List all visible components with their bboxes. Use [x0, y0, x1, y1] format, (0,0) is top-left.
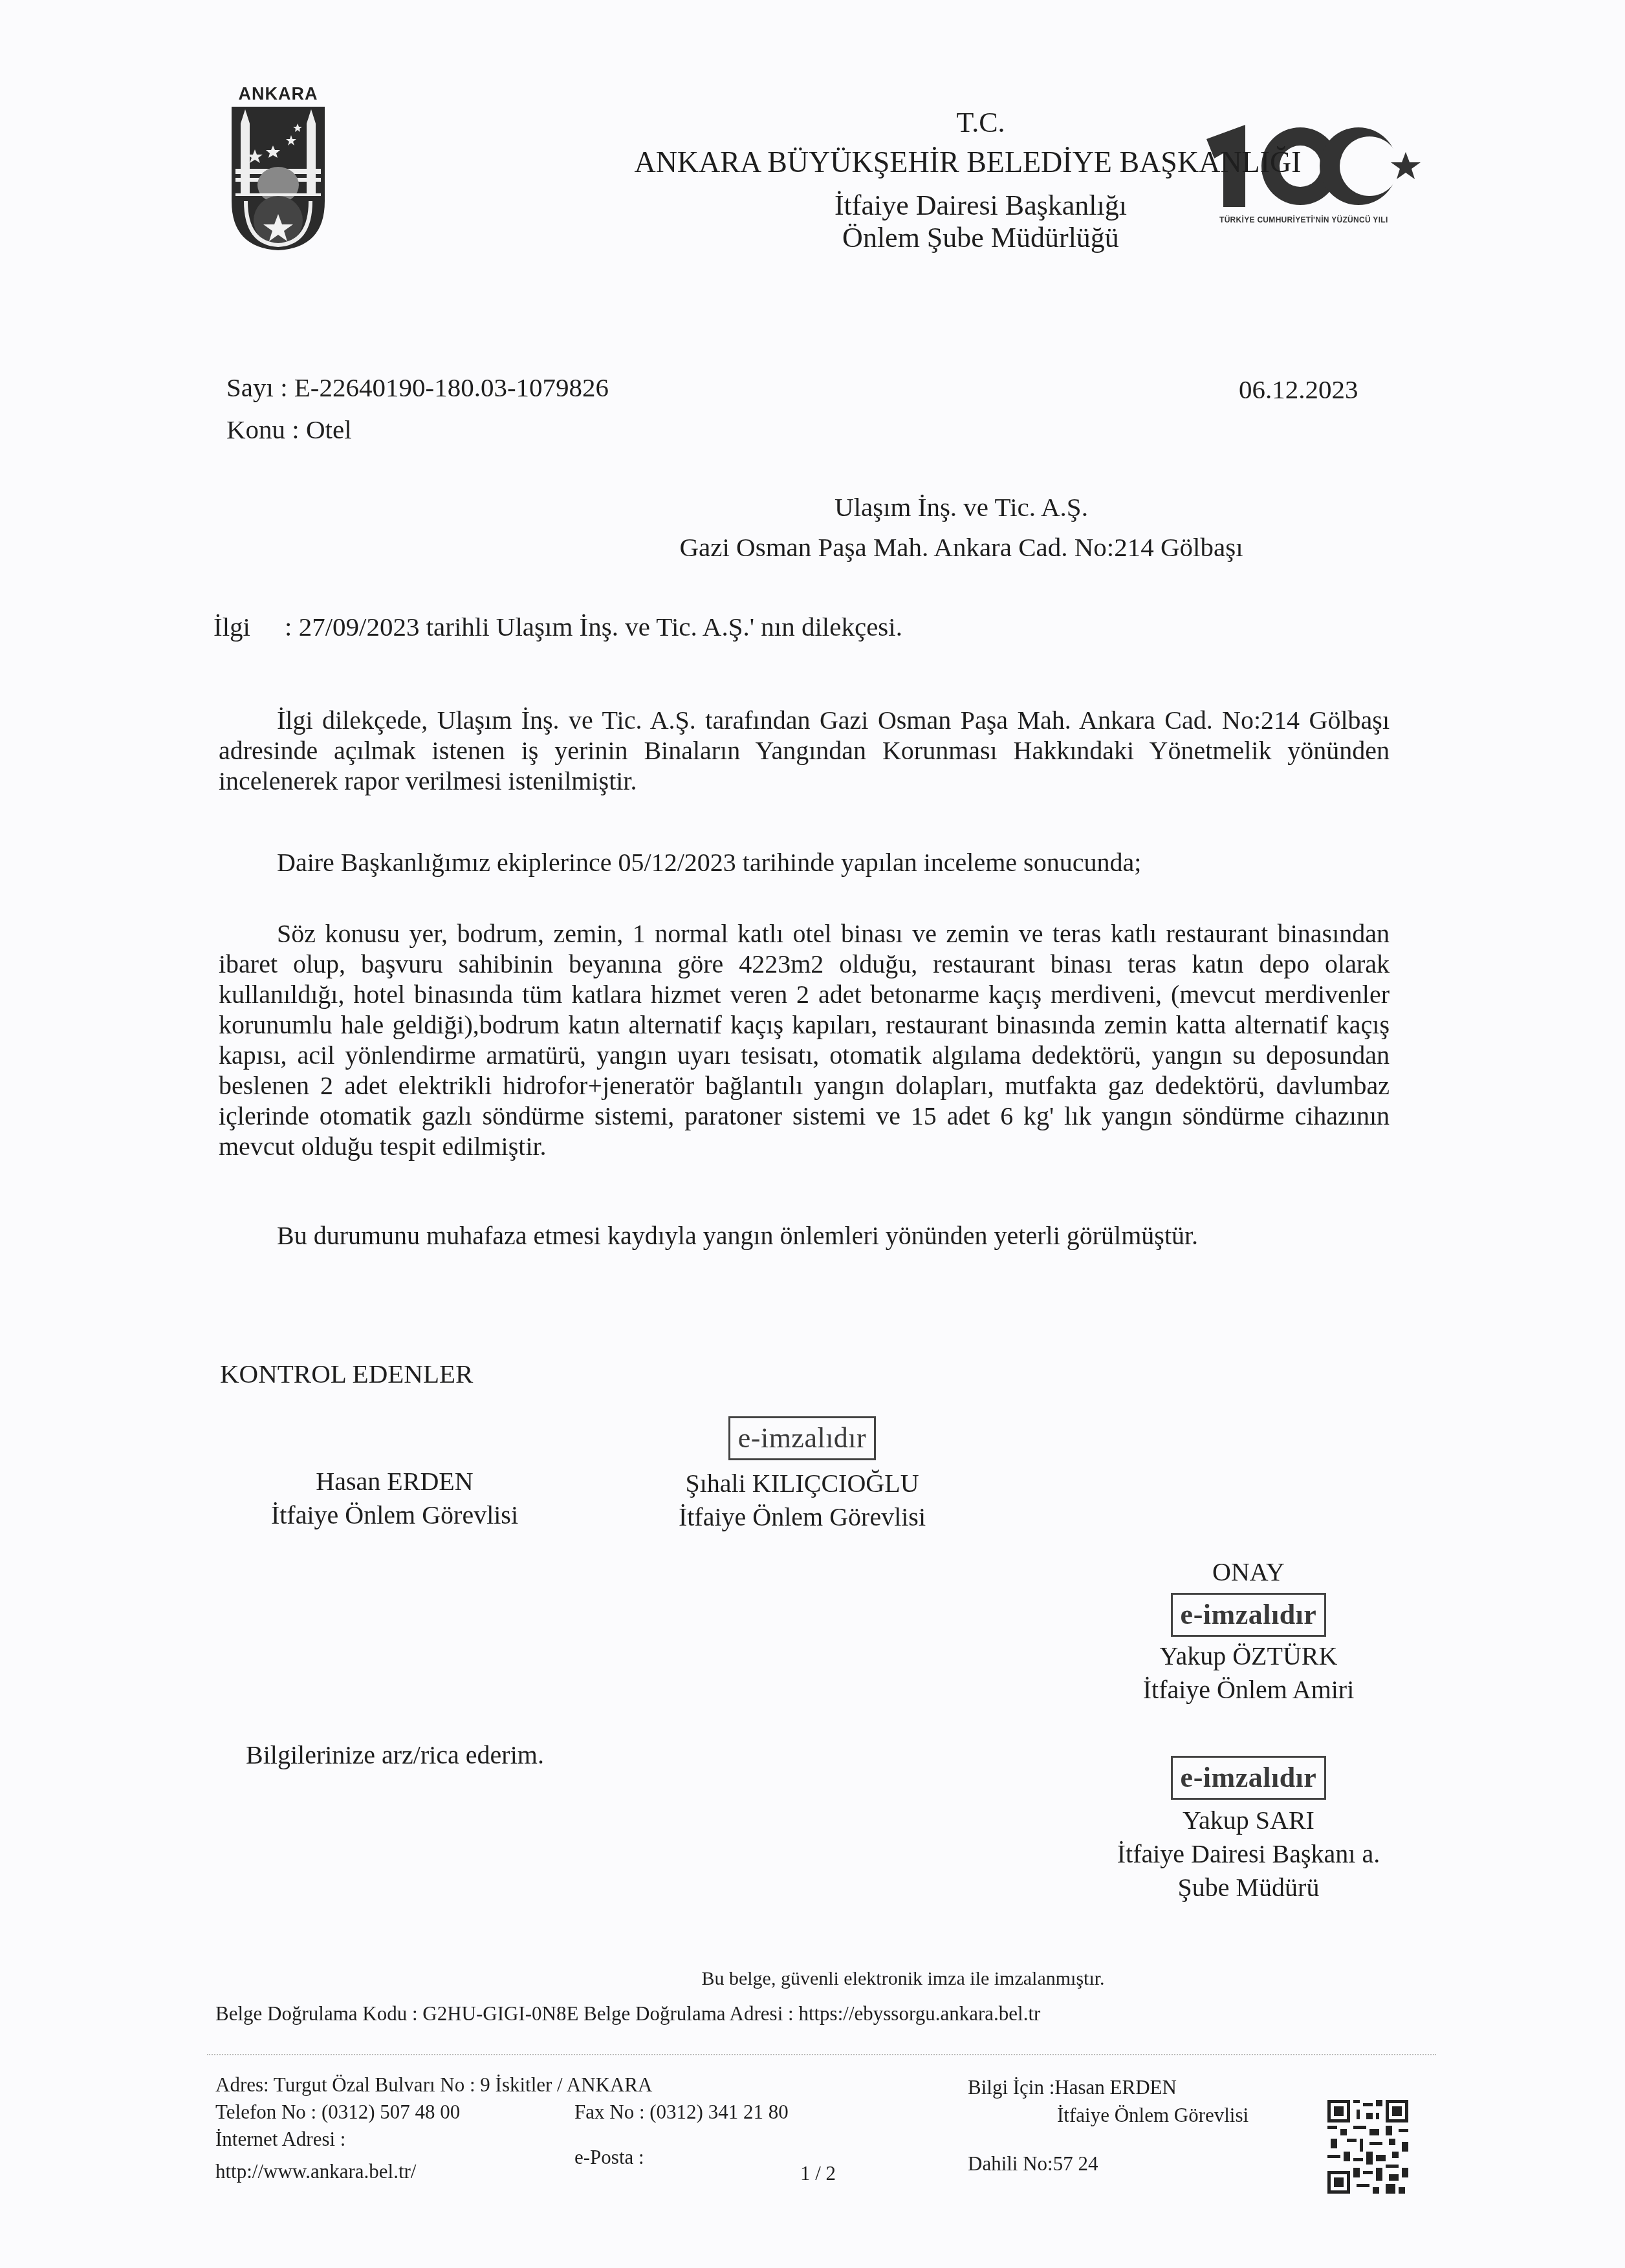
body-paragraph: Daire Başkanlığımız ekiplerince 05/12/20…: [219, 847, 1390, 878]
body-paragraph: İlgi dilekçede, Ulaşım İnş. ve Tic. A.Ş.…: [219, 705, 1390, 796]
recipient-address: Gazi Osman Paşa Mah. Ankara Cad. No:214 …: [149, 532, 1625, 563]
document-date: 06.12.2023: [1239, 374, 1358, 405]
footer-contact-person: Bilgi İçin :Hasan ERDEN: [968, 2077, 1177, 2097]
body-paragraph: Söz konusu yer, bodrum, zemin, 1 normal …: [219, 918, 1390, 1161]
signature-block-director: e-imzalıdır Yakup SARI İtfaiye Dairesi B…: [1061, 1756, 1436, 1905]
signer-name: Şıhali KILIÇCIOĞLU: [666, 1467, 938, 1500]
signer-title: İtfaiye Önlem Görevlisi: [666, 1500, 938, 1534]
esign-note: Bu belge, güvenli elektronik imza ile im…: [91, 1968, 1625, 1990]
header-tc: T.C.: [168, 109, 1625, 137]
header-organization: ANKARA BÜYÜKŞEHİR BELEDİYE BAŞKANLIĞI: [155, 147, 1625, 177]
footer-fax: Fax No : (0312) 341 21 80: [574, 2102, 789, 2122]
footer-contact-title: İtfaiye Önlem Görevlisi: [1057, 2105, 1249, 2125]
signer-name: Yakup ÖZTÜRK: [1113, 1639, 1384, 1673]
document-number: Sayı : E-22640190-180.03-1079826: [226, 372, 609, 403]
reference-text: : 27/09/2023 tarihli Ulaşım İnş. ve Tic.…: [285, 612, 902, 642]
inspectors-heading: KONTROL EDENLER: [220, 1358, 473, 1389]
signature-block-inspector-2: e-imzalıdır Şıhali KILIÇCIOĞLU İtfaiye Ö…: [666, 1416, 938, 1534]
verification-line: Belge Doğrulama Kodu : G2HU-GIGI-0N8E Be…: [215, 2003, 1040, 2024]
qr-code-icon: [1327, 2099, 1408, 2194]
esign-stamp: e-imzalıdır: [728, 1416, 877, 1460]
signature-block-approver: ONAY e-imzalıdır Yakup ÖZTÜRK İtfaiye Ön…: [1113, 1555, 1384, 1707]
esign-stamp: e-imzalıdır: [1171, 1756, 1327, 1800]
signer-name: Hasan ERDEN: [259, 1465, 530, 1498]
document-subject: Konu : Otel: [226, 414, 352, 445]
footer-divider: [207, 2054, 1436, 2055]
footer-internet-label: İnternet Adresi :: [215, 2129, 345, 2149]
header-unit: Önlem Şube Müdürlüğü: [168, 224, 1625, 252]
signer-title: İtfaiye Dairesi Başkanı a.: [1061, 1837, 1436, 1871]
reference-label: İlgi: [213, 611, 285, 642]
footer-phone: Telefon No : (0312) 507 48 00: [215, 2102, 460, 2122]
footer-extension: Dahili No:57 24: [968, 2154, 1098, 2174]
esign-stamp: e-imzalıdır: [1171, 1593, 1327, 1637]
signer-title: İtfaiye Önlem Amiri: [1113, 1673, 1384, 1707]
approval-heading: ONAY: [1113, 1555, 1384, 1589]
footer-website-link[interactable]: http://www.ankara.bel.tr/: [215, 2161, 416, 2181]
footer-address: Adres: Turgut Özal Bulvarı No : 9 İskitl…: [215, 2075, 652, 2095]
recipient-name: Ulaşım İnş. ve Tic. A.Ş.: [149, 491, 1625, 523]
reference-line: İlgi: 27/09/2023 tarihli Ulaşım İnş. ve …: [213, 611, 902, 642]
body-paragraph: Bu durumunu muhafaza etmesi kaydıyla yan…: [219, 1220, 1390, 1251]
signature-block-inspector-1: Hasan ERDEN İtfaiye Önlem Görevlisi: [259, 1465, 530, 1532]
signer-name: Yakup SARI: [1061, 1804, 1436, 1837]
signer-title-2: Şube Müdürü: [1061, 1871, 1436, 1905]
ankara-logo-label: ANKARA: [226, 84, 330, 104]
closing-line: Bilgilerinize arz/rica ederim.: [246, 1740, 544, 1770]
header-department: İtfaiye Dairesi Başkanlığı: [168, 191, 1625, 220]
page-number: 1 / 2: [800, 2163, 836, 2183]
signer-title: İtfaiye Önlem Görevlisi: [259, 1498, 530, 1532]
footer-email-label: e-Posta :: [574, 2147, 644, 2167]
